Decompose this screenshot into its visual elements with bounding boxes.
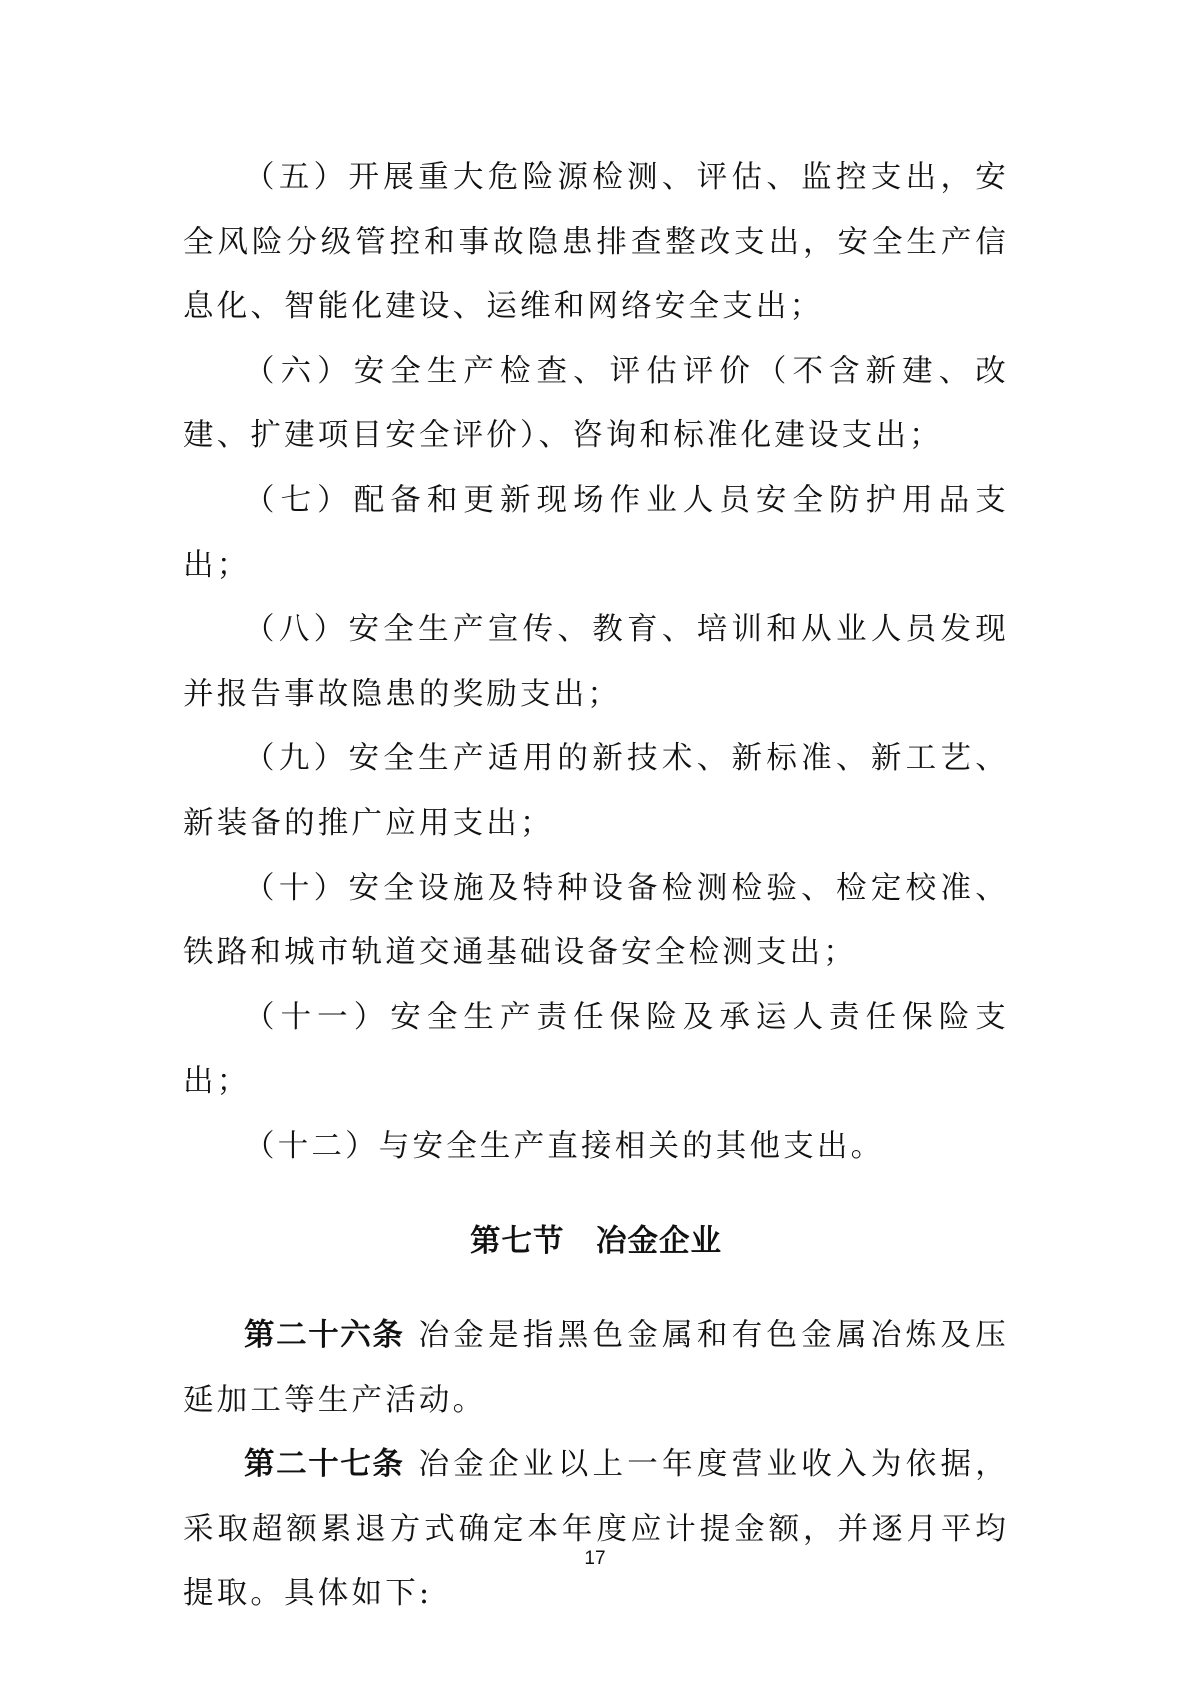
list-item-11: （十一）安全生产责任保险及承运人责任保险支出； bbox=[183, 986, 1009, 1115]
article-number: 第二十七条 bbox=[244, 1447, 405, 1482]
list-item-5: （五）开展重大危险源检测、评估、监控支出，安全风险分级管控和事故隐患排查整改支出… bbox=[183, 146, 1009, 340]
page-number: 17 bbox=[0, 1548, 1190, 1570]
article-number: 第二十六条 bbox=[244, 1318, 405, 1353]
article-27: 第二十七条 冶金企业以上一年度营业收入为依据，采取超额累退方式确定本年度应计提金… bbox=[183, 1433, 1009, 1627]
section-title: 第七节 冶金企业 bbox=[183, 1210, 1009, 1275]
list-item-7: （七）配备和更新现场作业人员安全防护用品支出； bbox=[183, 469, 1009, 598]
article-26: 第二十六条 冶金是指黑色金属和有色金属冶炼及压延加工等生产活动。 bbox=[183, 1304, 1009, 1433]
list-item-9: （九）安全生产适用的新技术、新标准、新工艺、新装备的推广应用支出； bbox=[183, 727, 1009, 856]
list-item-10: （十）安全设施及特种设备检测检验、检定校准、铁路和城市轨道交通基础设备安全检测支… bbox=[183, 857, 1009, 986]
document-page: （五）开展重大危险源检测、评估、监控支出，安全风险分级管控和事故隐患排查整改支出… bbox=[183, 146, 1009, 1627]
list-item-8: （八）安全生产宣传、教育、培训和从业人员发现并报告事故隐患的奖励支出； bbox=[183, 598, 1009, 727]
list-item-6: （六）安全生产检查、评估评价（不含新建、改建、扩建项目安全评价）、咨询和标准化建… bbox=[183, 340, 1009, 469]
list-item-12: （十二）与安全生产直接相关的其他支出。 bbox=[183, 1115, 1009, 1180]
